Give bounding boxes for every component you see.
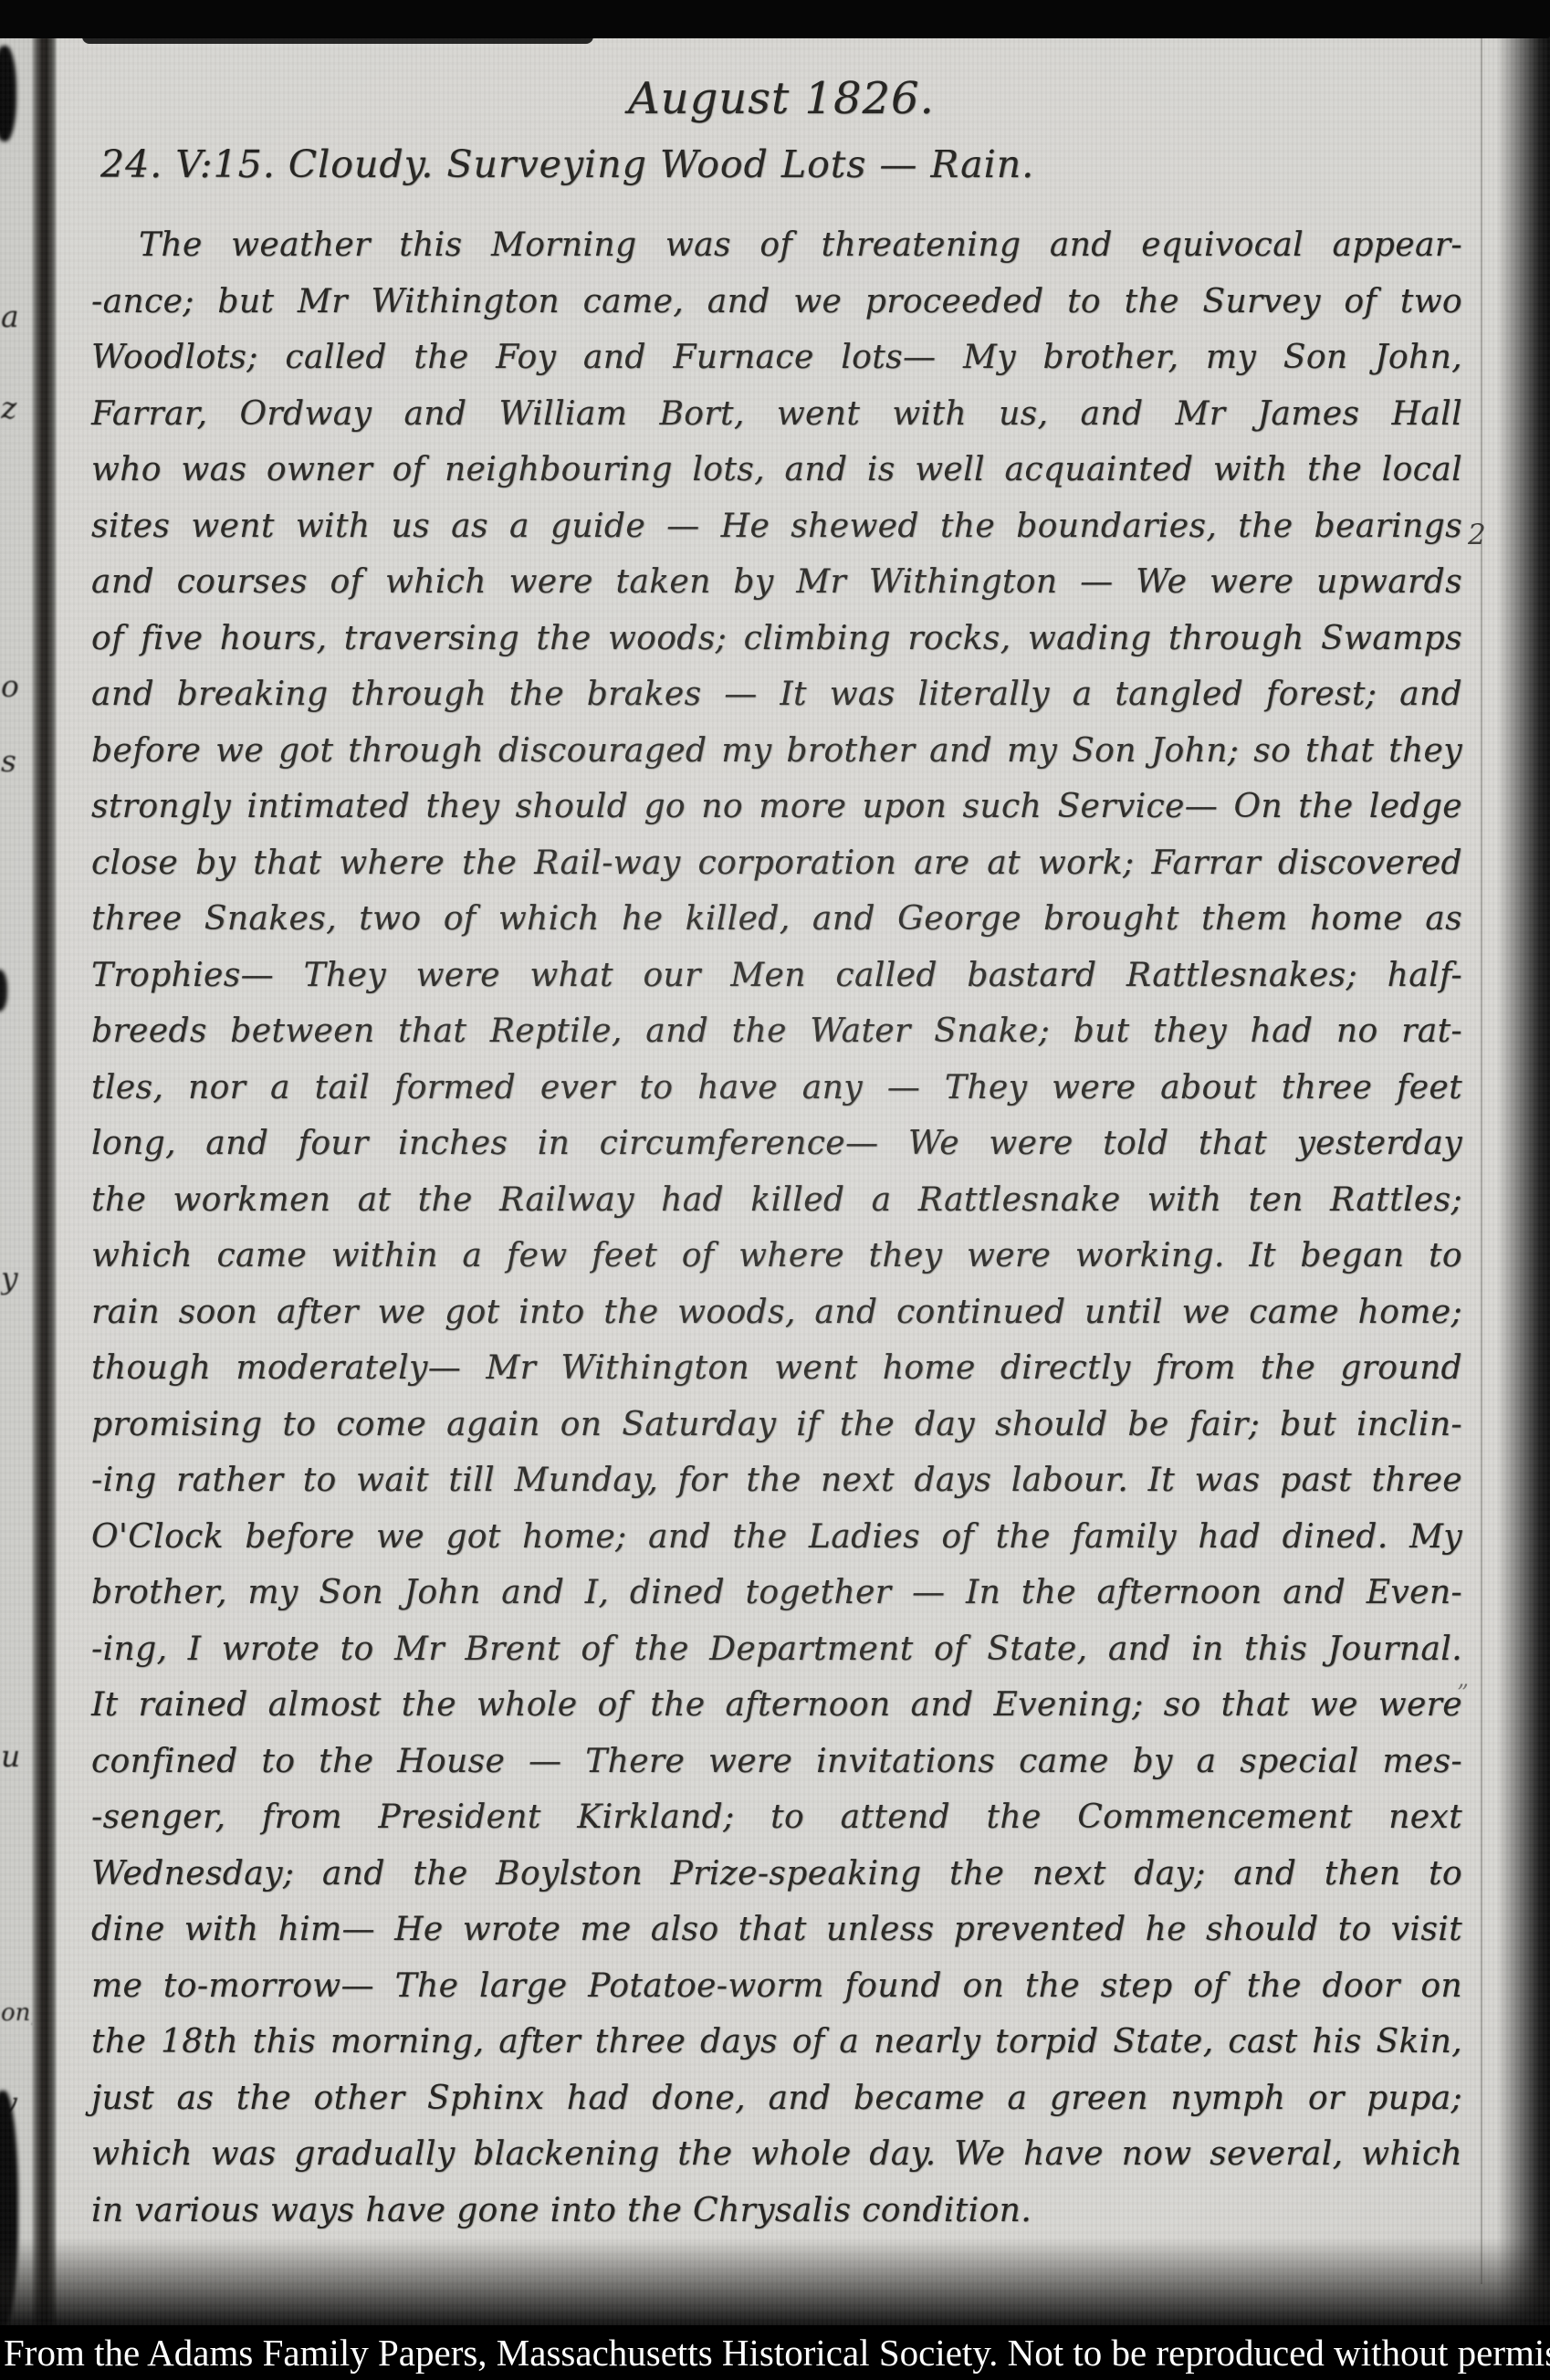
manuscript-line: of five hours, traversing the woods; cli… [91,611,1462,667]
gutter-text-fragment: z [1,390,32,425]
gutter-text-fragment: a [1,299,32,334]
manuscript-line: in various ways have gone into the Chrys… [91,2183,1462,2239]
manuscript-line: and courses of which were taken by Mr Wi… [91,554,1462,611]
diary-entry: 24. V:15. Cloudy. Surveying Wood Lots — … [91,135,1462,2238]
manuscript-line: long, and four inches in circumference— … [91,1116,1462,1172]
manuscript-line: just as the other Sphinx had done, and b… [91,2071,1462,2127]
manuscript-line: tles, nor a tail formed ever to have any… [91,1060,1462,1117]
manuscript-line: dine with him— He wrote me also that unl… [91,1902,1462,1958]
gutter-text-fragment: o [1,668,32,704]
scan-shadow-right [1497,0,1550,2380]
page-header-month-year: August 1826. [628,73,935,124]
entry-heading-line: 24. V:15. Cloudy. Surveying Wood Lots — … [100,135,1462,194]
entry-body: The weather this Morning was of threaten… [91,217,1462,2238]
margin-annotation: 2 [1468,519,1486,551]
manuscript-line: Trophies— They were what our Men called … [91,948,1462,1004]
manuscript-line: promising to come again on Saturday if t… [91,1397,1462,1453]
manuscript-line: -ing rather to wait till Munday, for the… [91,1452,1462,1509]
manuscript-line: -senger, from President Kirkland; to att… [91,1789,1462,1846]
scan-border-bottom: From the Adams Family Papers, Massachuse… [0,2325,1550,2380]
manuscript-line: -ing, I wrote to Mr Brent of the Departm… [91,1621,1462,1678]
manuscript-scan-page: azosyuongv 2” August 1826. 24. V:15. Clo… [0,0,1550,2380]
gutter-text-fragment: y [1,1260,32,1295]
manuscript-line: before we got through discouraged my bro… [91,723,1462,780]
manuscript-line: confined to the House — There were invit… [91,1734,1462,1790]
binding-gutter-shadow [33,37,56,2328]
gutter-text-fragment: s [1,743,32,779]
manuscript-line: me to-morrow— The large Potatoe-worm fou… [91,1958,1462,2015]
manuscript-line: breeds between that Reptile, and the Wat… [91,1003,1462,1060]
manuscript-line: It rained almost the whole of the aftern… [91,1677,1462,1734]
scan-shadow-bottom [0,2238,1550,2325]
manuscript-line: Woodlots; called the Foy and Furnace lot… [91,330,1462,386]
manuscript-line: rain soon after we got into the woods, a… [91,1284,1462,1341]
right-margin-rule [1481,38,1482,2284]
manuscript-line: strongly intimated they should go no mor… [91,779,1462,835]
manuscript-line: the 18th this morning, after three days … [91,2014,1462,2071]
manuscript-line: Wednesday; and the Boylston Prize-speaki… [91,1846,1462,1903]
manuscript-line: which came within a few feet of where th… [91,1228,1462,1284]
manuscript-line: -ance; but Mr Withington came, and we pr… [91,274,1462,330]
manuscript-line: who was owner of neighbouring lots, and … [91,442,1462,498]
manuscript-line: which was gradually blackening the whole… [91,2126,1462,2183]
manuscript-line: though moderately— Mr Withington went ho… [91,1340,1462,1397]
manuscript-line: the workmen at the Railway had killed a … [91,1172,1462,1229]
manuscript-line: three Snakes, two of which he killed, an… [91,891,1462,948]
manuscript-line: and breaking through the brakes — It was… [91,666,1462,723]
gutter-text-fragment: ong [1,1999,32,2027]
manuscript-line: brother, my Son John and I, dined togeth… [91,1565,1462,1621]
scan-border-top [0,0,1550,38]
manuscript-line: sites went with us as a guide — He shewe… [91,498,1462,555]
facing-page-edge-strip: azosyuongv [0,38,35,2325]
manuscript-line: Farrar, Ordway and William Bort, went wi… [91,386,1462,443]
credit-line: From the Adams Family Papers, Massachuse… [4,2331,1550,2375]
manuscript-line: O'Clock before we got home; and the Ladi… [91,1509,1462,1566]
manuscript-line: close by that where the Rail-way corpora… [91,835,1462,892]
manuscript-line: The weather this Morning was of threaten… [91,217,1462,274]
gutter-text-fragment: u [1,1738,32,1774]
